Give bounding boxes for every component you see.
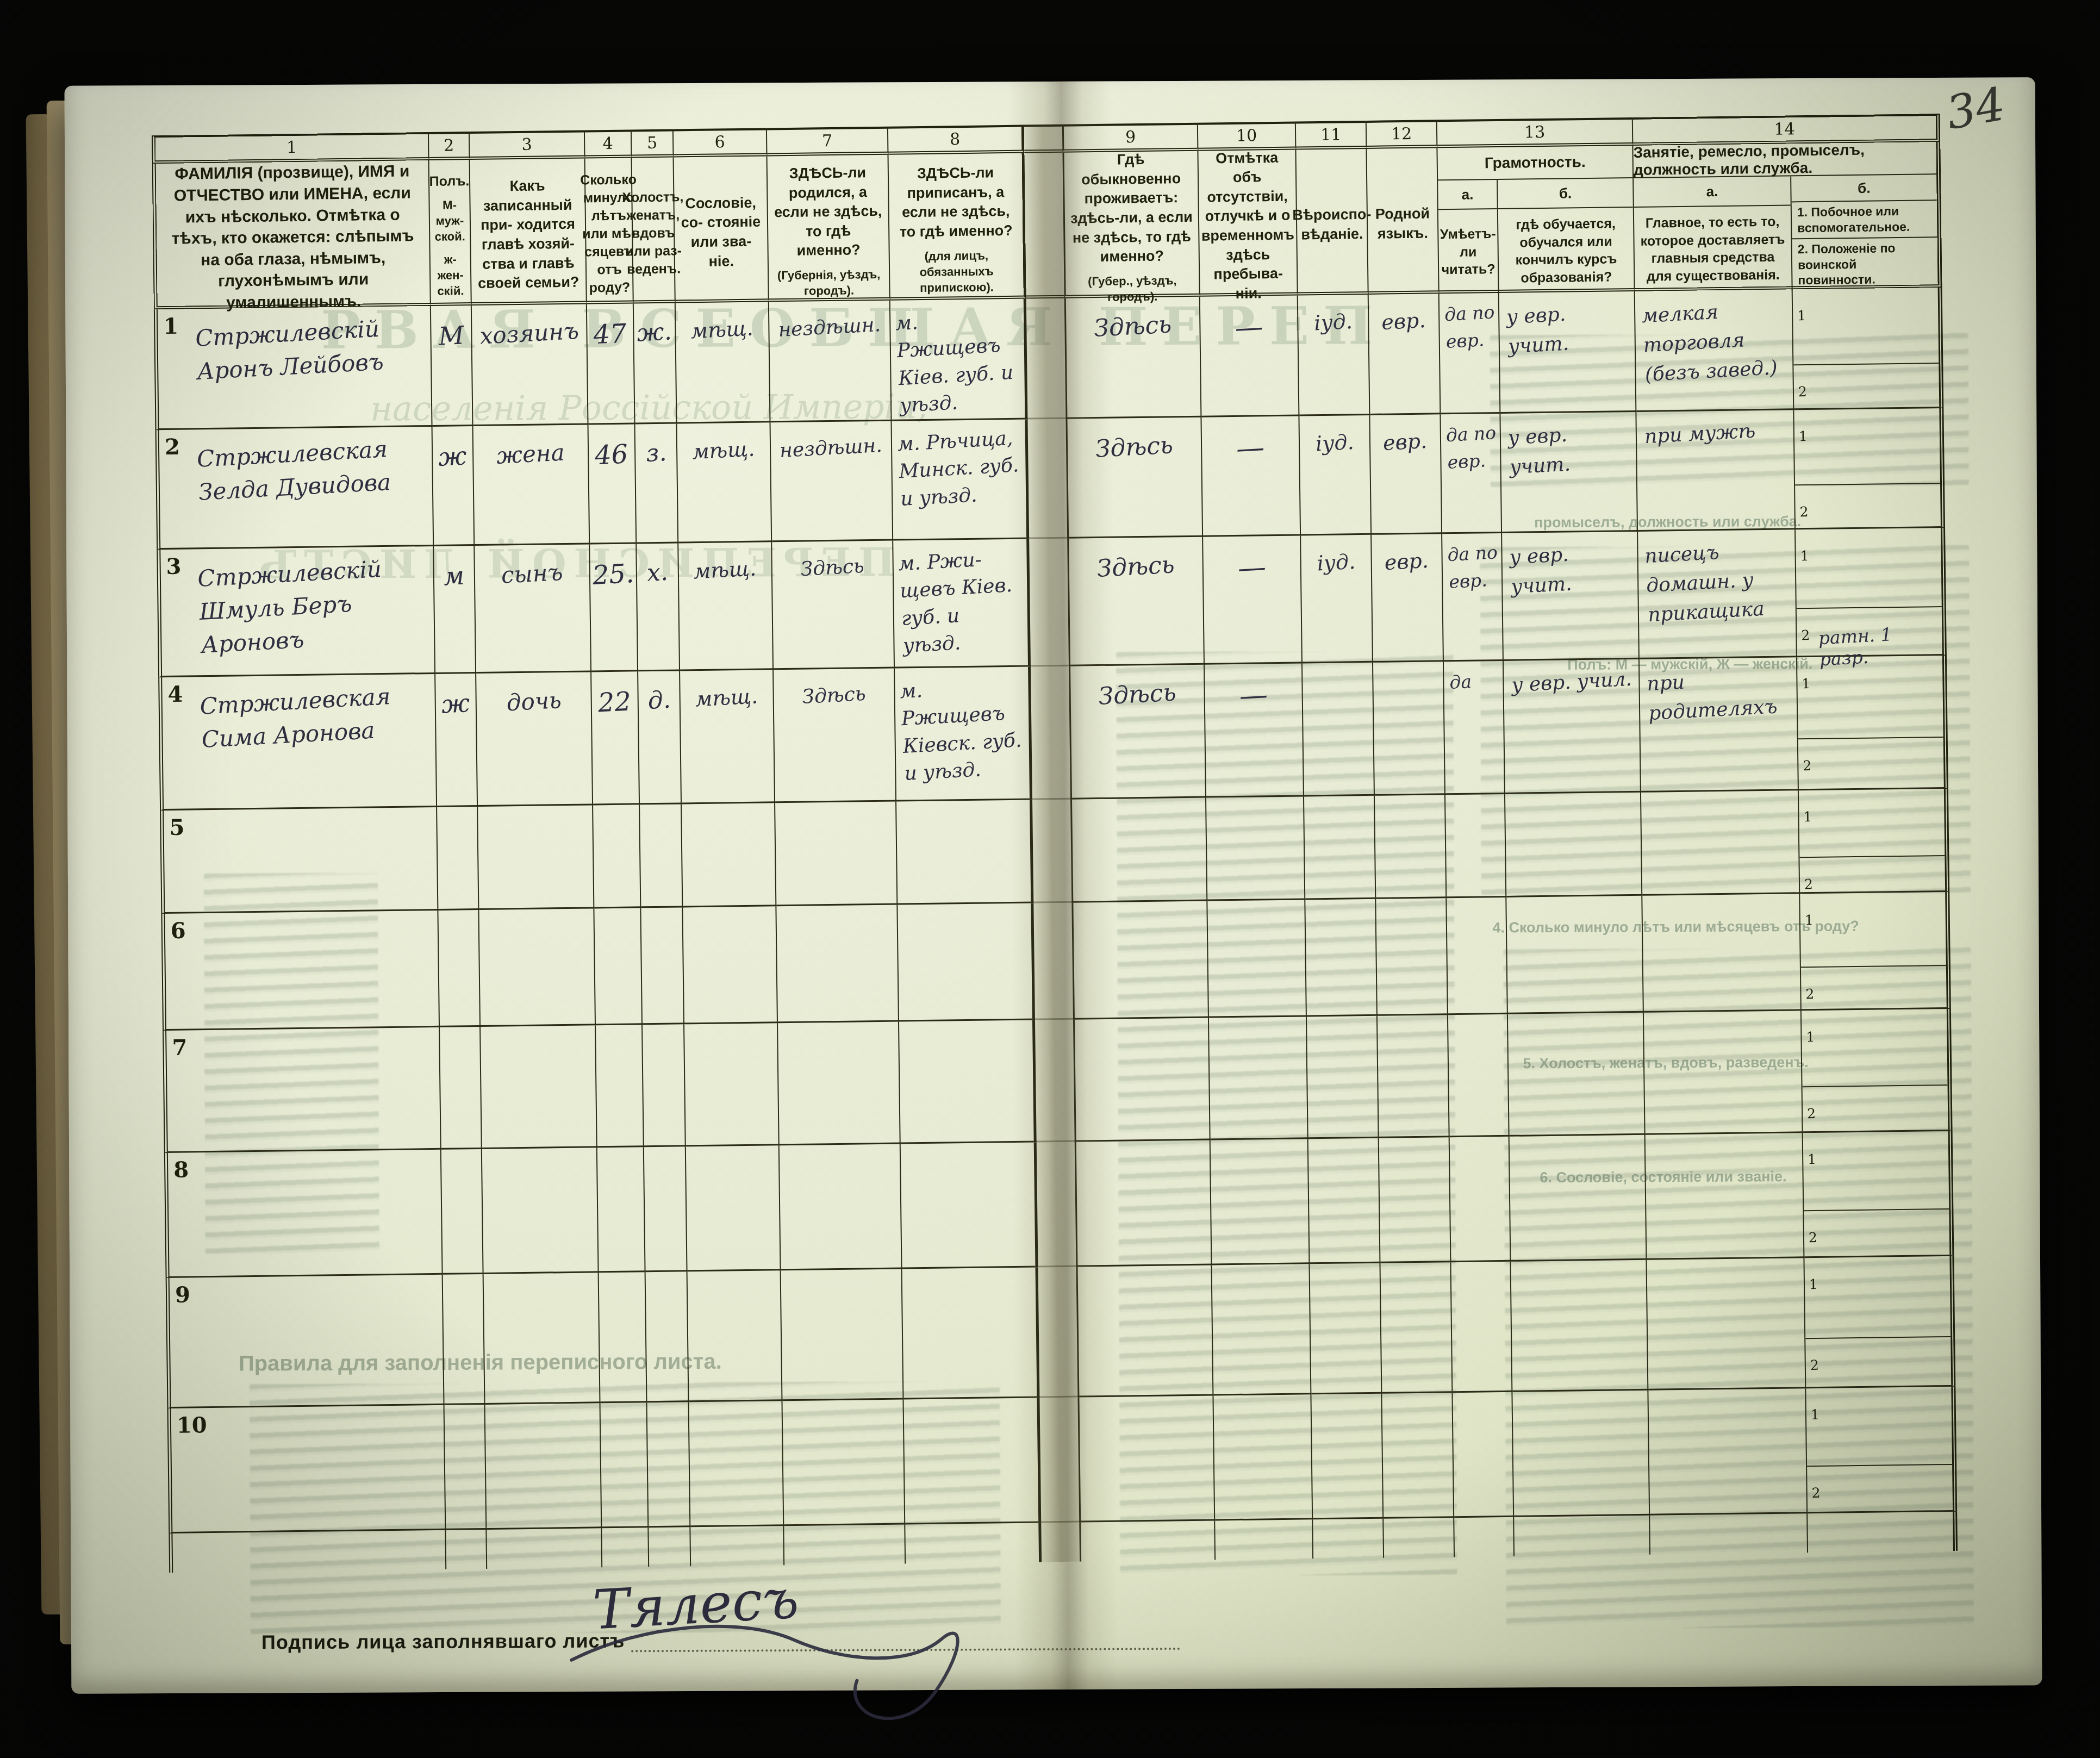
printed-mark-2: 2 bbox=[1801, 627, 1810, 643]
cell-sex bbox=[438, 910, 481, 1027]
cell-education: у евр. учил. bbox=[1504, 659, 1641, 794]
col-8-note: (для лицъ, обязанныхъ припискою). bbox=[895, 247, 1018, 296]
cell-surname-name: 1 Стржилевскій Аронъ Лейбовъ bbox=[154, 306, 433, 430]
col-2-label-top: Полъ. bbox=[429, 172, 470, 191]
cell-main-occupation bbox=[1648, 1388, 1808, 1516]
tail-cell bbox=[1454, 1517, 1515, 1557]
handwritten-side-occupation bbox=[1822, 906, 1943, 912]
tail-cell bbox=[1215, 1519, 1313, 1560]
cell-side-occupation: 1 2 bbox=[1797, 656, 1948, 790]
cell-main-occupation: мелкая торговля (безъ завед.) bbox=[1635, 289, 1794, 412]
printed-mark-1: 1 bbox=[1800, 548, 1809, 564]
cell-estate: мѣщ. bbox=[680, 670, 775, 804]
tail-cell bbox=[1514, 1516, 1650, 1556]
cell-marital-status bbox=[643, 1024, 686, 1147]
col-7-note: (Губернія, уѣздъ, городъ). bbox=[774, 266, 884, 300]
handwritten-birthplace: нездѣшн. bbox=[779, 434, 882, 462]
cell-surname-name: 3 Стржилевскій Шмуль Беръ Ароновъ bbox=[157, 546, 435, 677]
cell-age: 25. bbox=[590, 544, 638, 672]
col-num-10: 10 bbox=[1198, 122, 1297, 151]
handwritten-relation: жена bbox=[496, 439, 565, 469]
cell-estate bbox=[689, 1401, 784, 1527]
cell-native-language bbox=[1378, 1015, 1450, 1138]
handwritten-occupation bbox=[1652, 1015, 1796, 1023]
tail-cell bbox=[169, 1530, 446, 1573]
handwritten-absence: — bbox=[1237, 551, 1267, 585]
cell-main-occupation: писецъ домашн. у прикащика bbox=[1638, 529, 1797, 659]
cell-main-occupation bbox=[1642, 894, 1802, 1013]
col-num-5: 5 bbox=[632, 129, 674, 158]
cell-side-occupation: 1 2 bbox=[1806, 1387, 1957, 1513]
cell-side-occupation: 1 2 bbox=[1800, 892, 1951, 1011]
handwritten-religion: іуд. bbox=[1315, 430, 1355, 456]
cell-relation-to-head: хозяинъ bbox=[472, 304, 589, 426]
handwritten-absence: — bbox=[1234, 310, 1264, 345]
cell-absence-note bbox=[1211, 1139, 1310, 1265]
handwritten-age: 47 bbox=[593, 318, 627, 350]
cell-absence-note bbox=[1206, 796, 1305, 901]
handwritten-military-status bbox=[1820, 751, 1941, 758]
cell-estate: мѣщ. bbox=[677, 422, 772, 543]
cell-education bbox=[1512, 1391, 1650, 1517]
tail-cell bbox=[1808, 1512, 1958, 1553]
handwritten-absence: — bbox=[1238, 678, 1268, 713]
cell-absence-note: — bbox=[1200, 295, 1300, 417]
cell-native-language bbox=[1373, 662, 1445, 796]
handwritten-occupation: писецъ домашн. у прикащика bbox=[1644, 534, 1793, 630]
cell-sex bbox=[445, 1405, 487, 1530]
row-number: 4 bbox=[167, 682, 183, 707]
cell-relation-to-head: жена bbox=[473, 425, 590, 546]
col-13b-label: гдѣ обучается, обучался или кончилъ курс… bbox=[1498, 208, 1634, 294]
col-7-header: ЗДѢСЬ-ли родился, а если не здѣсь, то гд… bbox=[768, 155, 890, 302]
col-num-6: 6 bbox=[674, 128, 768, 157]
side-occupation-sub1: 1 bbox=[1805, 1273, 1951, 1339]
cell-can-read: да по евр. bbox=[1442, 533, 1504, 662]
signature-flourish bbox=[560, 1593, 1007, 1758]
handwritten-education: у евр. учит. bbox=[1509, 537, 1636, 602]
handwritten-side-occupation bbox=[1816, 422, 1937, 428]
handwritten-occupation: мелкая торговля (безъ завед.) bbox=[1641, 294, 1790, 390]
col-14b-header: б. 1. Побочное или вспомогательное. 2. П… bbox=[1791, 174, 1938, 290]
tail-cell bbox=[1313, 1519, 1384, 1559]
book-fold-shadow bbox=[1008, 82, 1118, 1690]
cell-birthplace bbox=[778, 1022, 901, 1146]
cell-estate bbox=[688, 1270, 783, 1402]
printed-mark-1: 1 bbox=[1805, 912, 1814, 928]
cell-relation-to-head: сынъ bbox=[475, 544, 591, 674]
printed-mark-1: 1 bbox=[1803, 809, 1812, 825]
printed-mark-2: 2 bbox=[1805, 986, 1814, 1002]
cell-relation-to-head: дочь bbox=[476, 672, 593, 807]
cell-estate bbox=[683, 906, 778, 1024]
cell-can-read bbox=[1445, 794, 1506, 898]
handwritten-occupation bbox=[1656, 1393, 1801, 1401]
handwritten-name bbox=[208, 1279, 436, 1291]
row-number: 9 bbox=[175, 1282, 190, 1308]
tail-cell bbox=[446, 1530, 487, 1569]
cell-absence-note bbox=[1212, 1264, 1312, 1395]
handwritten-sex: М bbox=[438, 320, 465, 351]
handwritten-military-status bbox=[1816, 377, 1937, 384]
col-5-header: Холостъ, женатъ, вдовъ или раз- веденъ. bbox=[632, 157, 676, 303]
col-13-header: Грамотность. а. Умѣетъ- ли читать? б. гд… bbox=[1437, 146, 1635, 294]
cell-can-read bbox=[1447, 897, 1508, 1015]
cell-registration-place: м. Ржищевъ Кіев. губ. и уѣзд. bbox=[890, 299, 1028, 421]
tail-cell bbox=[602, 1528, 649, 1567]
cell-can-read: да bbox=[1444, 661, 1505, 795]
handwritten-sex: ж bbox=[438, 441, 468, 472]
cell-estate bbox=[686, 1145, 781, 1271]
col-12-header: Родной языкъ. bbox=[1367, 148, 1439, 295]
handwritten-occupation: при мужѣ bbox=[1644, 415, 1790, 452]
col-6-header: Сословіе, со- стояніе или зва- ніе. bbox=[674, 156, 769, 303]
cell-absence-note bbox=[1207, 900, 1307, 1018]
cell-main-occupation bbox=[1641, 790, 1800, 896]
handwritten-education: у евр. учит. bbox=[1507, 417, 1634, 482]
cell-estate: мѣщ. bbox=[676, 302, 771, 423]
col-14b2-label: 2. Положеніе по воинской повинности. bbox=[1792, 238, 1938, 291]
cell-education bbox=[1505, 793, 1642, 897]
cell-age bbox=[601, 1402, 649, 1528]
handwritten-estate: мѣщ. bbox=[691, 437, 755, 464]
handwritten-name bbox=[205, 1031, 433, 1044]
col-10-header: Отмѣтка объ отсутствіи, отлучкѣ и о врем… bbox=[1198, 150, 1298, 297]
handwritten-side-occupation bbox=[1818, 541, 1939, 548]
cell-surname-name: 8 bbox=[164, 1150, 443, 1278]
cell-religion bbox=[1310, 1263, 1382, 1395]
col-3-header: Какъ записанный при- ходится главѣ хозяй… bbox=[470, 158, 587, 306]
cell-absence-note: — bbox=[1205, 663, 1304, 797]
cell-can-read: да по евр. bbox=[1441, 414, 1502, 534]
col-13b-mark: б. bbox=[1498, 178, 1633, 209]
cell-estate: мѣщ. bbox=[678, 542, 774, 671]
cell-side-occupation: 1 2 bbox=[1794, 408, 1945, 529]
cell-surname-name: 4 Стржилевская Сима Аронова bbox=[158, 674, 437, 811]
cell-birthplace bbox=[780, 1144, 902, 1271]
col-2-label-bot: ж-жен-скій. bbox=[436, 251, 465, 299]
cell-main-occupation bbox=[1647, 1258, 1806, 1391]
tail-cell bbox=[690, 1526, 784, 1566]
handwritten-name bbox=[206, 1154, 434, 1166]
tail-cell bbox=[649, 1527, 691, 1567]
handwritten-side-occupation bbox=[1825, 1145, 1946, 1151]
cell-relation-to-head bbox=[478, 805, 594, 910]
printed-mark-1: 1 bbox=[1811, 1407, 1819, 1423]
handwritten-age: 22 bbox=[597, 686, 632, 718]
cell-absence-note: — bbox=[1201, 416, 1301, 537]
census-sheet-paper: РВАЯ ВСЕОБЩАЯ ПЕРЕП населенія Россійской… bbox=[65, 77, 2042, 1694]
cell-age: 22 bbox=[591, 671, 640, 805]
cell-education: у евр. учит. bbox=[1500, 412, 1638, 533]
handwritten-name bbox=[209, 1409, 438, 1422]
cell-absence-note: — bbox=[1203, 535, 1303, 664]
cell-surname-name: 6 bbox=[161, 911, 440, 1031]
cell-birthplace: Здѣсь bbox=[772, 541, 895, 670]
cell-marital-status bbox=[646, 1271, 689, 1402]
handwritten-language: евр. bbox=[1381, 308, 1426, 334]
handwritten-education bbox=[1519, 1265, 1643, 1271]
cell-marital-status: ж. bbox=[634, 303, 677, 424]
printed-mark-1: 1 bbox=[1808, 1151, 1816, 1167]
handwritten-birthplace: Здѣсь bbox=[800, 555, 865, 581]
cell-religion bbox=[1305, 899, 1378, 1017]
col-13a-header: а. Умѣетъ- ли читать? bbox=[1438, 180, 1499, 295]
handwritten-name: Стржилевская Сима Аронова bbox=[199, 678, 431, 756]
handwritten-literacy bbox=[1454, 1020, 1505, 1023]
handwritten-education bbox=[1513, 797, 1637, 804]
printed-mark-1: 1 bbox=[1797, 308, 1806, 323]
handwritten-occupation bbox=[1649, 795, 1793, 803]
tail-cell bbox=[1384, 1518, 1455, 1558]
handwritten-religion: іуд. bbox=[1316, 550, 1356, 576]
cell-side-occupation: 1 2 bbox=[1804, 1256, 1955, 1388]
handwritten-estate: мѣщ. bbox=[695, 684, 758, 711]
handwritten-side-occupation bbox=[1819, 669, 1940, 676]
handwritten-military-status bbox=[1817, 497, 1939, 504]
handwritten-age: 46 bbox=[594, 439, 629, 471]
cell-side-occupation: 1 2 bbox=[1799, 789, 1949, 894]
handwritten-military-status bbox=[1824, 1099, 1946, 1106]
cell-relation-to-head bbox=[479, 908, 596, 1027]
handwritten-name: Стржилевскій Шмуль Беръ Ароновъ bbox=[197, 550, 431, 662]
handwritten-side-occupation bbox=[1823, 1023, 1945, 1029]
cell-education bbox=[1510, 1135, 1647, 1262]
cell-age bbox=[599, 1272, 647, 1403]
handwritten-literacy bbox=[1452, 903, 1503, 906]
cell-sex bbox=[443, 1274, 485, 1405]
printed-mark-2: 2 bbox=[1809, 1229, 1817, 1245]
tail-cell bbox=[1650, 1513, 1808, 1555]
cell-main-occupation: при родителяхъ bbox=[1640, 657, 1799, 793]
handwritten-language: евр. bbox=[1382, 429, 1428, 455]
col-num-13: 13 bbox=[1437, 117, 1634, 148]
handwritten-side-occupation bbox=[1815, 301, 1936, 308]
handwritten-side-occupation bbox=[1821, 802, 1942, 809]
printed-mark-2: 2 bbox=[1807, 1106, 1816, 1121]
cell-can-read: да по евр. bbox=[1440, 293, 1501, 414]
col-num-3: 3 bbox=[470, 130, 585, 160]
col-num-7: 7 bbox=[767, 127, 889, 157]
handwritten-name: Стржилевскій Аронъ Лейбовъ bbox=[195, 310, 427, 388]
cell-surname-name: 2 Стржилевская Зелда Дувидова bbox=[155, 427, 434, 550]
col-14-title: Занятіе, ремесло, промыселъ, должность и… bbox=[1633, 142, 1936, 178]
col-13b-header: б. гдѣ обучается, обучался или кончилъ к… bbox=[1498, 178, 1634, 294]
col-14a-label: Главное, то есть то, которое доставляетъ… bbox=[1634, 205, 1792, 292]
col-13-title: Грамотность. bbox=[1437, 146, 1632, 180]
cell-sex: ж bbox=[435, 674, 478, 807]
page-number: 34 bbox=[1942, 77, 2009, 140]
cell-absence-note bbox=[1209, 1017, 1308, 1140]
col-14-header: Занятіе, ремесло, промыселъ, должность и… bbox=[1633, 142, 1942, 291]
cell-religion: іуд. bbox=[1301, 535, 1373, 664]
handwritten-literacy bbox=[1459, 1398, 1510, 1400]
printed-mark-2: 2 bbox=[1798, 384, 1807, 400]
handwritten-literacy bbox=[1455, 1142, 1506, 1145]
side-occupation-sub1: 1 bbox=[1799, 805, 1945, 858]
cell-surname-name: 9 bbox=[166, 1275, 445, 1408]
cell-marital-status: з. bbox=[635, 423, 679, 544]
side-occupation-sub1: 1 bbox=[1797, 672, 1943, 739]
cell-sex: М bbox=[431, 306, 473, 427]
col-14a-mark: а. bbox=[1634, 176, 1791, 208]
cell-surname-name: 10 bbox=[167, 1405, 446, 1533]
col-14b1-label: 1. Побочное или вспомогательное. bbox=[1792, 201, 1937, 239]
cell-religion bbox=[1311, 1394, 1384, 1520]
col-13a-mark: а. bbox=[1438, 180, 1497, 210]
cell-estate bbox=[684, 1023, 780, 1146]
handwritten-education bbox=[1521, 1395, 1644, 1402]
handwritten-name: Стржилевская Зелда Дувидова bbox=[196, 431, 428, 509]
cell-marital-status bbox=[647, 1402, 691, 1528]
cell-surname-name: 7 bbox=[163, 1027, 441, 1153]
col-7-label: ЗДѢСЬ-ли родился, а если не здѣсь, то гд… bbox=[773, 163, 883, 261]
side-occupation-sub1: 1 bbox=[1802, 1025, 1947, 1087]
cell-native-language bbox=[1376, 898, 1448, 1016]
col-11-header: Вѣроиспо- вѣданіе. bbox=[1296, 149, 1368, 296]
col-num-12: 12 bbox=[1367, 120, 1438, 149]
cell-main-occupation: при мужѣ bbox=[1636, 410, 1796, 532]
cell-native-language bbox=[1382, 1393, 1454, 1519]
cell-sex: м bbox=[434, 546, 476, 674]
handwritten-education: у евр. учит. bbox=[1506, 296, 1633, 361]
cell-native-language: евр. bbox=[1369, 294, 1441, 415]
handwritten-education bbox=[1516, 1018, 1640, 1024]
cell-education bbox=[1508, 1013, 1646, 1137]
cell-education bbox=[1511, 1260, 1648, 1392]
row-number: 2 bbox=[165, 434, 180, 460]
cell-relation-to-head bbox=[481, 1025, 597, 1149]
row-number: 6 bbox=[171, 918, 186, 944]
printed-mark-2: 2 bbox=[1803, 758, 1811, 774]
cell-religion bbox=[1303, 663, 1375, 797]
cell-native-language: евр. bbox=[1372, 534, 1444, 663]
handwritten-sex: м bbox=[443, 560, 465, 591]
cell-religion bbox=[1304, 796, 1376, 900]
cell-relation-to-head bbox=[482, 1148, 599, 1274]
cell-side-occupation: 1 2 bbox=[1793, 288, 1944, 410]
cell-main-occupation bbox=[1646, 1133, 1805, 1260]
handwritten-education bbox=[1517, 1140, 1641, 1146]
handwritten-registration: м. Ржищевъ Кіевск. губ. и уѣзд. bbox=[899, 672, 1027, 788]
handwritten-literacy bbox=[1457, 1267, 1508, 1270]
handwritten-side-occupation bbox=[1828, 1400, 1949, 1407]
cell-absence-note bbox=[1213, 1394, 1313, 1520]
handwritten-literacy: да по евр. bbox=[1447, 539, 1500, 595]
side-occupation-sub1: 1 bbox=[1794, 425, 1940, 485]
cell-can-read bbox=[1451, 1262, 1512, 1393]
cell-sex bbox=[440, 1027, 482, 1150]
cell-registration-place: м. Рѣчица, Минск. губ. и уѣзд. bbox=[892, 420, 1029, 541]
printed-mark-2: 2 bbox=[1804, 876, 1813, 892]
printed-mark-2: 2 bbox=[1810, 1357, 1819, 1373]
cell-marital-status: д. bbox=[638, 671, 682, 805]
handwritten-occupation bbox=[1655, 1263, 1799, 1270]
cell-native-language bbox=[1380, 1262, 1453, 1394]
cell-native-language bbox=[1379, 1137, 1451, 1263]
cell-birthplace: нездѣшн. bbox=[769, 301, 892, 423]
side-occupation-sub1: 1 bbox=[1803, 1148, 1949, 1211]
col-num-11: 11 bbox=[1296, 121, 1367, 150]
cell-native-language bbox=[1375, 795, 1447, 899]
side-occupation-sub1: 1 bbox=[1806, 1403, 1952, 1467]
row-number: 1 bbox=[163, 314, 178, 339]
col-2-label-mid: М-муж-ской. bbox=[434, 197, 465, 245]
cell-age: 47 bbox=[587, 303, 635, 425]
cell-education: у евр. учит. bbox=[1502, 532, 1640, 661]
printed-mark-1: 1 bbox=[1806, 1029, 1815, 1045]
cell-marital-status: х. bbox=[637, 543, 680, 671]
cell-birthplace bbox=[775, 802, 898, 907]
cell-side-occupation: 1 2 bbox=[1803, 1131, 1954, 1258]
cell-estate bbox=[682, 803, 776, 907]
side-occupation-sub1: 1 bbox=[1800, 908, 1946, 968]
cell-surname-name: 5 bbox=[160, 807, 438, 914]
cell-birthplace bbox=[781, 1269, 904, 1401]
col-14b-mark: б. bbox=[1791, 174, 1937, 203]
cell-age: 46 bbox=[589, 424, 637, 544]
handwritten-name bbox=[203, 914, 432, 927]
handwritten-military-status bbox=[1829, 1479, 1951, 1485]
handwritten-religion: іуд. bbox=[1313, 309, 1353, 335]
handwritten-registration: м. Ржи- щевъ Кіев. губ. и уѣзд. bbox=[898, 544, 1026, 660]
cell-marital-status bbox=[640, 804, 683, 908]
row-number: 5 bbox=[169, 815, 184, 840]
handwritten-registration bbox=[905, 908, 1027, 915]
cell-religion: іуд. bbox=[1298, 295, 1370, 416]
handwritten-occupation: при родителяхъ bbox=[1646, 662, 1793, 728]
cell-relation-to-head bbox=[485, 1403, 602, 1530]
cell-religion bbox=[1308, 1138, 1381, 1264]
cell-sex bbox=[437, 807, 479, 911]
cell-birthplace: Здѣсь bbox=[774, 669, 896, 803]
handwritten-marital: з. bbox=[645, 439, 667, 467]
handwritten-birthplace: Здѣсь bbox=[802, 683, 867, 708]
cell-education bbox=[1506, 896, 1644, 1014]
col-1-header: ФАМИЛІЯ (прозвище), ИМЯ и ОТЧЕСТВО или И… bbox=[152, 160, 431, 309]
handwritten-sex: ж bbox=[441, 688, 471, 719]
handwritten-name bbox=[202, 811, 431, 824]
handwritten-marital: д. bbox=[647, 686, 671, 715]
cell-religion: іуд. bbox=[1299, 415, 1372, 536]
cell-can-read bbox=[1450, 1137, 1511, 1262]
cell-sex: ж bbox=[433, 426, 475, 546]
cell-birthplace: нездѣшн. bbox=[771, 421, 894, 543]
handwritten-relation: хозяинъ bbox=[479, 317, 579, 350]
row-number: 10 bbox=[177, 1412, 207, 1438]
handwritten-registration bbox=[906, 1025, 1028, 1032]
cell-can-read bbox=[1448, 1014, 1510, 1137]
handwritten-occupation bbox=[1653, 1138, 1798, 1145]
handwritten-relation: сынъ bbox=[501, 559, 564, 589]
col-14a-header: а. Главное, то есть то, которое доставля… bbox=[1634, 176, 1793, 292]
handwritten-marital: ж. bbox=[637, 317, 673, 347]
handwritten-military-status bbox=[1822, 870, 1943, 876]
row-number: 7 bbox=[172, 1035, 187, 1061]
handwritten-registration: м. Ржищевъ Кіев. губ. и уѣзд. bbox=[895, 304, 1023, 420]
handwritten-absence: — bbox=[1236, 431, 1266, 465]
cell-age bbox=[597, 1147, 646, 1273]
printed-mark-1: 1 bbox=[1809, 1276, 1818, 1292]
handwritten-registration bbox=[907, 1148, 1030, 1154]
cell-marital-status bbox=[644, 1146, 688, 1272]
col-13a-label: Умѣетъ- ли читать? bbox=[1438, 209, 1498, 295]
cell-relation-to-head bbox=[484, 1273, 601, 1405]
handwritten-estate: мѣщ. bbox=[693, 556, 757, 583]
col-num-8: 8 bbox=[888, 125, 1025, 155]
handwritten-education bbox=[1515, 901, 1638, 907]
col-2-header: Полъ. М-муж-ской. ж-жен-скій. bbox=[429, 160, 472, 306]
